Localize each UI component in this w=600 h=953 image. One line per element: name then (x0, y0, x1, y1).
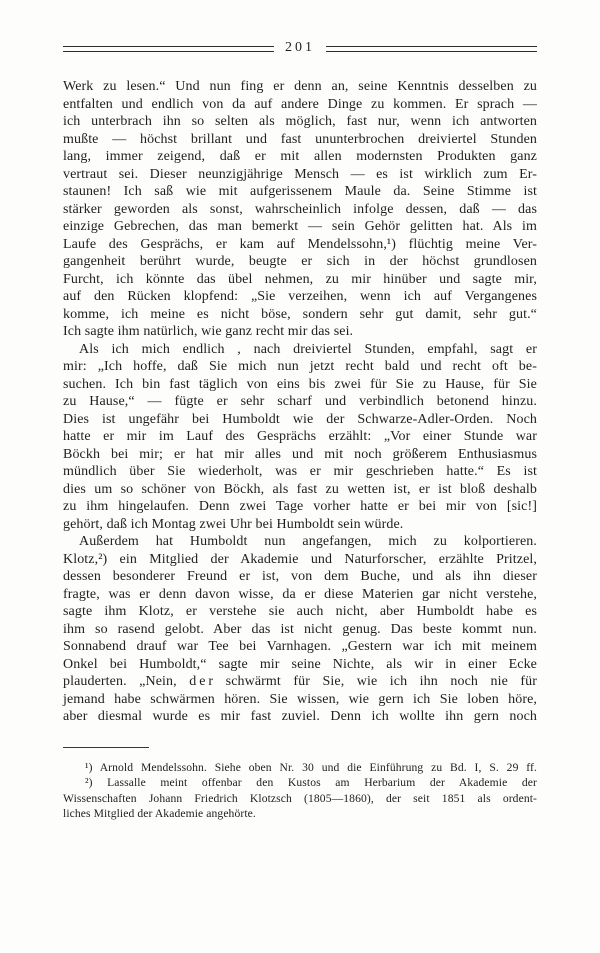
book-page: 201 Werk zu lesen.“ Und nun fing er denn… (0, 0, 600, 953)
paragraph: Außerdem hat Humboldt nun angefangen, mi… (63, 533, 537, 726)
text-line: suchen. Ich bin fast täglich von eins bi… (63, 376, 537, 394)
text-line: zu ihm hingelaufen. Denn zwei Tage vorhe… (63, 498, 537, 516)
page-header: 201 (63, 41, 537, 56)
text-line: ¹) Arnold Mendelssohn. Siehe oben Nr. 30… (63, 760, 537, 775)
main-text-block: Werk zu lesen.“ Und nun fing er denn an,… (63, 78, 537, 726)
text-line: mir: „Ich hoffe, daß Sie mich nun jetzt … (63, 358, 537, 376)
text-line: Dies ist ungefähr bei Humboldt wie der S… (63, 411, 537, 429)
text-line: Außerdem hat Humboldt nun angefangen, mi… (63, 533, 537, 551)
text-line: stärker geworden als sonst, wahrscheinli… (63, 201, 537, 219)
paragraph: Als ich mich endlich , nach dreiviertel … (63, 341, 537, 534)
text-line: auf den Rücken klopfend: „Sie verzeihen,… (63, 288, 537, 306)
text-line: staunen! Ich saß wie mit aufgerissenem M… (63, 183, 537, 201)
text-line: dessen besonderer Freund er ist, von dem… (63, 568, 537, 586)
text-line: lang, immer zeigend, daß er mit allen mo… (63, 148, 537, 166)
text-line: Onkel bei Humboldt,“ sagte mir seine Nic… (63, 656, 537, 674)
text-line: Sonnabend drauf war Tee bei Varnhagen. „… (63, 638, 537, 656)
text-line: mündlich über Sie wiederholt, was er mir… (63, 463, 537, 481)
text-line: Wissenschaften Johann Friedrich Klotzsch… (63, 791, 537, 806)
text-line: gangenheit berührt wurde, beugte er sich… (63, 253, 537, 271)
text-line: gehört, daß ich Montag zwei Uhr bei Humb… (63, 516, 537, 534)
footnotes-block: ¹) Arnold Mendelssohn. Siehe oben Nr. 30… (63, 760, 537, 822)
paragraph: ²) Lassalle meint offenbar den Kustos am… (63, 775, 537, 821)
text-line: vertraut sei. Dieser neunzigjährige Mens… (63, 166, 537, 184)
text-line: mußte — höchst brillant und fast ununter… (63, 131, 537, 149)
text-line: komme, ich meine es nicht böse, sondern … (63, 306, 537, 324)
text-line: dies um so schöner von Böckh, als fast z… (63, 481, 537, 499)
text-line: hatte er mir im Lauf des Gesprächs erzäh… (63, 428, 537, 446)
text-line: fragte, was er denn davon wisse, da er d… (63, 586, 537, 604)
header-rule-right (326, 46, 537, 52)
page-number: 201 (285, 41, 315, 56)
footnote-separator (63, 747, 149, 748)
text-line: zu Hause,“ — fügte er sehr scharf und ve… (63, 393, 537, 411)
text-line: ²) Lassalle meint offenbar den Kustos am… (63, 775, 537, 790)
text-line: Furcht, ich könnte das übel nehmen, zu m… (63, 271, 537, 289)
text-line: liches Mitglied der Akademie angehörte. (63, 806, 537, 821)
header-rule-left (63, 46, 274, 52)
text-line: Als ich mich endlich , nach dreiviertel … (63, 341, 537, 359)
paragraph: ¹) Arnold Mendelssohn. Siehe oben Nr. 30… (63, 760, 537, 775)
text-line: Laufe des Gesprächs, er kam auf Mendelss… (63, 236, 537, 254)
text-line: aber diesmal wurde es mir fast zuviel. D… (63, 708, 537, 726)
text-line: Ich sagte ihm natürlich, wie ganz recht … (63, 323, 537, 341)
text-line: einzige Gebrechen, das man bemerkt — sei… (63, 218, 537, 236)
text-line: sagte ihm Klotz, er verstehe sie auch ni… (63, 603, 537, 621)
text-line: Klotz,²) ein Mitglied der Akademie und N… (63, 551, 537, 569)
text-line: ich unterbrach ihn so selten als möglich… (63, 113, 537, 131)
text-line: jemand habe schwärmen hören. Sie wissen,… (63, 691, 537, 709)
text-line: Böckh bei mir; er hat mir alles und mit … (63, 446, 537, 464)
text-line: entfalten und endlich von da auf andere … (63, 96, 537, 114)
paragraph: Werk zu lesen.“ Und nun fing er denn an,… (63, 78, 537, 341)
text-line: plauderten. „Nein, d e r schwärmt für Si… (63, 673, 537, 691)
text-line: Werk zu lesen.“ Und nun fing er denn an,… (63, 78, 537, 96)
text-line: ihm so rasend gelobt. Aber das ist nicht… (63, 621, 537, 639)
